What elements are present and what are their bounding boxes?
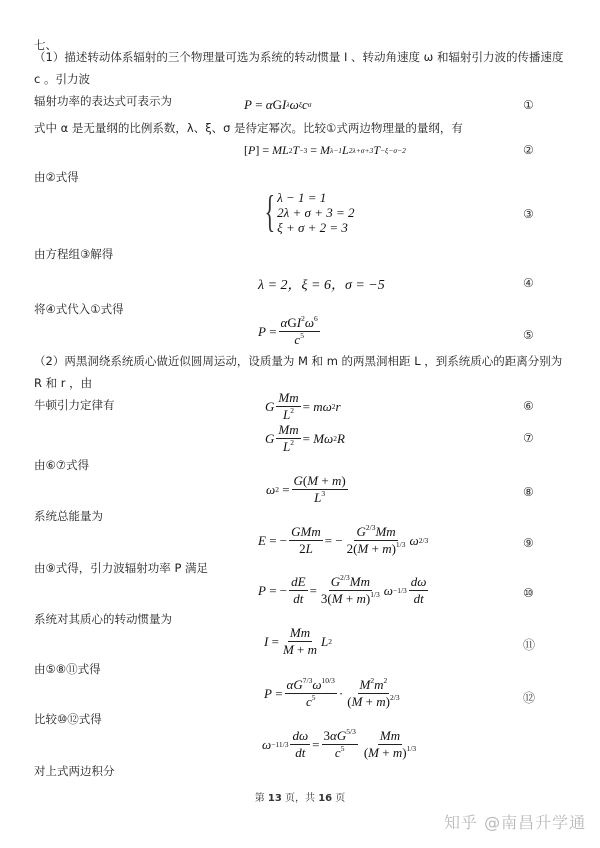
current-page-number: 13 (268, 793, 282, 804)
equation-label-7: ⑦ (523, 431, 534, 445)
equation-6: G MmL2 = mω2r (265, 391, 341, 422)
equation-4: λ = 2，ξ = 6，σ = −5 (258, 274, 385, 294)
text-energy: 系统总能量为 (34, 509, 103, 523)
system-line-3: ξ + σ + 2 = 3 (277, 220, 354, 235)
page-footer: 第 13 页，共 16 页 (0, 789, 600, 804)
equation-label-1: ① (523, 98, 534, 112)
equation-label-8: ⑧ (523, 485, 534, 499)
equation-12: P = αG7/3ω10/3c5 · M2m2(M + m)2/3 (264, 678, 404, 709)
equation-label-2: ② (523, 143, 534, 157)
equation-label-10: ⑩ (523, 586, 534, 600)
equation-10: P = − dEdt = G2/3Mm3(M + m)1/3 ω−1/3 dωd… (258, 575, 430, 606)
text-from-9: 由⑨式得，引力波辐射功率 P 满足 (34, 561, 208, 575)
equation-label-3: ③ (523, 207, 534, 221)
text-inertia: 系统对其质心的转动惯量为 (34, 612, 172, 626)
text-solve: 由方程组③解得 (34, 247, 113, 261)
brace-icon: { (265, 190, 276, 235)
part1-intro-line1: （1）描述转动体系辐射的三个物理量可选为系统的转动惯量 I 、转动角速度 ω 和… (34, 46, 564, 90)
equation-5: P = αGI2ω6c5 (258, 316, 322, 347)
watermark: 知乎 @南昌升学通 (444, 810, 586, 833)
total-pages: 16 (318, 793, 332, 804)
text-from-eq2: 由②式得 (34, 170, 79, 184)
equation-label-4: ④ (523, 276, 534, 290)
footer-prefix: 第 (255, 793, 265, 804)
equation-7: G MmL2 = Mω2R (265, 423, 345, 454)
equation-label-11: ⑪ (523, 636, 535, 653)
system-line-1: λ − 1 = 1 (277, 190, 354, 205)
equation-label-12: ⑫ (523, 689, 535, 706)
footer-middle: 页，共 (285, 793, 315, 804)
equation-label-6: ⑥ (523, 399, 534, 413)
equation-8: ω2 = G(M + m)L3 (266, 474, 350, 505)
text-integrate: 对上式两边积分 (34, 764, 115, 778)
document-page: 七、 （1）描述转动体系辐射的三个物理量可选为系统的转动惯量 I 、转动角速度 … (0, 0, 600, 848)
part2-intro-line1: （2）两黑洞绕系统质心做近似圆周运动，设质量为 M 和 m 的两黑洞相距 L ，… (34, 350, 564, 394)
text-substitute: 将④式代入①式得 (34, 302, 124, 316)
equation-9: E = − GMm2L = − G2/3Mm2(M + m)1/3 ω2/3 (258, 525, 428, 556)
equation-13: ω−11/3 dωdt = 3αG5/3c5 Mm(M + m)1/3 (262, 729, 420, 760)
equation-11: I = MmM + m L2 (264, 626, 332, 657)
text-after-eq1: 式中 α 是无量纲的比例系数，λ、ξ、σ 是待定幂次。比较①式两边物理量的量纲，… (34, 121, 463, 135)
text-from-5811: 由⑤⑧⑪式得 (34, 662, 101, 676)
text-compare: 比较⑩⑫式得 (34, 712, 102, 726)
equation-label-9: ⑨ (523, 536, 534, 550)
footer-suffix: 页 (335, 793, 345, 804)
text-from-67: 由⑥⑦式得 (34, 458, 89, 472)
equation-4-text: λ = 2，ξ = 6，σ = −5 (258, 274, 385, 294)
equation-3-system: { λ − 1 = 1 2λ + σ + 3 = 2 ξ + σ + 2 = 3 (254, 190, 354, 235)
equation-1: P = αGIλωξcσ (244, 97, 312, 113)
equation-label-5: ⑤ (523, 328, 534, 342)
system-line-2: 2λ + σ + 3 = 2 (277, 205, 354, 220)
equation-2: [P] = ML2T−3 = Mλ−1L2λ+σ+3T−ξ−σ−2 (244, 143, 406, 158)
